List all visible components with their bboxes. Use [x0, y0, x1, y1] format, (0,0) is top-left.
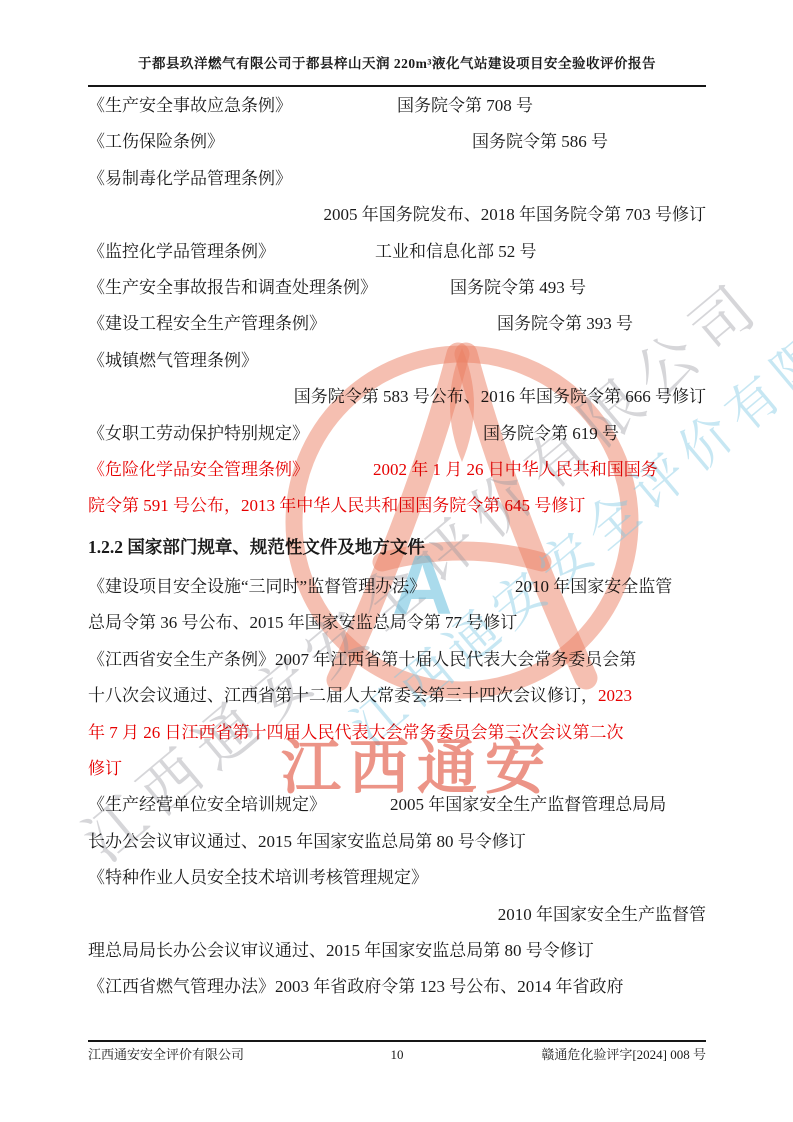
section-heading: 1.2.2 国家部门规章、规范性文件及地方文件 [88, 525, 706, 569]
body-line: 《建设工程安全生产管理条例》 国务院令第 393 号 [88, 306, 706, 342]
body-line: 《监控化学品管理条例》 工业和信息化部 52 号 [88, 234, 706, 270]
body-line: 国务院令第 583 号公布、2016 年国务院令第 666 号修订 [88, 379, 706, 415]
page-footer: 江西通安安全评价有限公司 10 赣通危化验评字[2024] 008 号 [88, 1044, 706, 1066]
body-line: 《工伤保险条例》 国务院令第 586 号 [88, 124, 706, 160]
body-line: 理总局局长办公会议审议通过、2015 年国家安监总局第 80 号令修订 [88, 933, 706, 969]
body-line: 《生产经营单位安全培训规定》 2005 年国家安全生产监督管理总局局 [88, 787, 706, 823]
body-line: 《生产安全事故报告和调查处理条例》 国务院令第 493 号 [88, 270, 706, 306]
page-header-title: 于都县玖洋燃气有限公司于都县梓山天润 220m³液化气站建设项目安全验收评价报告 [88, 52, 706, 72]
body-line: 《特种作业人员安全技术培训考核管理规定》 [88, 860, 706, 896]
body-line-red: 院令第 591 号公布，2013 年中华人民共和国国务院令第 645 号修订 [88, 488, 706, 524]
body-line: 《江西省安全生产条例》2007 年江西省第十届人民代表大会常务委员会第 [88, 642, 706, 678]
body-line: 总局令第 36 号公布、2015 年国家安监总局令第 77 号修订 [88, 605, 706, 641]
body-line-red: 年 7 月 26 日江西省第十四届人民代表大会常务委员会第三次会议第二次 [88, 715, 706, 751]
body-line: 《女职工劳动保护特别规定》 国务院令第 619 号 [88, 416, 706, 452]
report-page: 于都县玖洋燃气有限公司于都县梓山天润 220m³液化气站建设项目安全验收评价报告… [0, 0, 793, 1122]
body-line: 《城镇燃气管理条例》 [88, 343, 706, 379]
footer-divider [88, 1040, 706, 1042]
body-line: 《生产安全事故应急条例》 国务院令第 708 号 [88, 88, 706, 124]
body-line: 《江西省燃气管理办法》2003 年省政府令第 123 号公布、2014 年省政府 [88, 969, 706, 1005]
body-line: 《建设项目安全设施“三同时”监督管理办法》 2010 年国家安全监管 [88, 569, 706, 605]
footer-doc-number: 赣通危化验评字[2024] 008 号 [541, 1044, 706, 1066]
body-line-red: 《危险化学品安全管理条例》 2002 年 1 月 26 日中华人民共和国国务 [88, 452, 706, 488]
body-line: 《易制毒化学品管理条例》 [88, 161, 706, 197]
body-line: 2005 年国务院发布、2018 年国务院令第 703 号修订 [88, 197, 706, 233]
body-line: 长办公会议审议通过、2015 年国家安监总局第 80 号令修订 [88, 824, 706, 860]
body-line: 十八次会议通过、江西省第十二届人大常委会第三十四次会议修订，2023 [88, 678, 706, 714]
header-divider [88, 85, 706, 87]
document-body: 《生产安全事故应急条例》 国务院令第 708 号 《工伤保险条例》 国务院令第 … [88, 88, 706, 1006]
body-line: 2010 年国家安全生产监督管 [88, 897, 706, 933]
body-line-red: 修订 [88, 751, 706, 787]
